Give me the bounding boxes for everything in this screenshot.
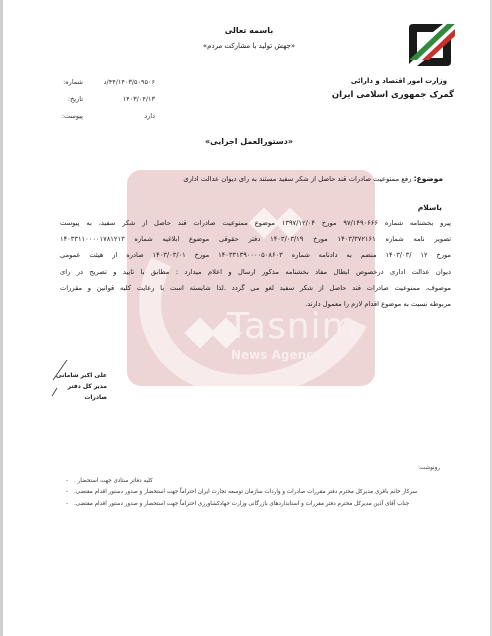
cc-item-text: کلیه دفاتر ستادی جهت استحضار .	[74, 478, 153, 484]
greeting: باسلام	[418, 203, 442, 212]
meta-label: پیوست:	[53, 112, 83, 120]
subject-label: موضوع:	[414, 174, 443, 183]
cc-item-text: سرکار خانم باقری مدیرکل محترم دفتر مقررا…	[74, 489, 417, 495]
body-line: مربوطه نسبت به موضوع اقدام لازم را معمول…	[60, 296, 451, 312]
letter-meta: شماره: ۴۴/۱۴۰۳/۵۰۹۵۰۶/د تاریخ: ۱۴۰۳/۰۴/۱…	[53, 73, 163, 124]
document-title: «دستورالعمل اجرایی»	[3, 137, 492, 146]
subject-line: موضوع: رفع ممنوعیت صادرات قند حاصل از شک…	[183, 174, 443, 183]
document-page: وزارت امور اقتصاد و دارائی گمرک جمهوری ا…	[0, 0, 492, 636]
meta-date: تاریخ: ۱۴۰۳/۰۴/۱۳	[53, 90, 163, 107]
signature-block: علی اکبر شامانی مدیر کل دفتر صادرات	[51, 370, 107, 403]
customs-name: گمرک جمهوری اسلامی ایران	[332, 90, 454, 100]
meta-value: ۱۴۰۳/۰۴/۱۳	[83, 95, 163, 103]
signatory-name: علی اکبر شامانی	[51, 370, 107, 381]
meta-value: دارد	[83, 112, 163, 120]
body-line: مورخ ۱۲ /۱۴۰۳/۰۳ منضم به دادنامه شماره ۱…	[60, 247, 451, 263]
cc-list: رونوشت: - کلیه دفاتر ستادی جهت استحضار .…	[60, 465, 440, 510]
watermark-tagline: News Agency	[231, 348, 321, 362]
body-line: تصویر نامه شماره ۱۴۰۳/۳۷۲۱۶۱ مورخ ۱۴۰۳/۰…	[60, 231, 451, 247]
body-line: دیوان عدالت اداری درخصوص ابطال مفاد بخشن…	[60, 264, 451, 280]
meta-attachment: پیوست: دارد	[53, 107, 163, 124]
body-line: موصوف، ممنوعیت صادرات قند حاصل از شکر سف…	[60, 280, 451, 296]
bullet-dash-icon: -	[60, 489, 74, 495]
slogan: «جهش تولید با مشارکت مردم»	[3, 42, 492, 50]
bullet-dash-icon: -	[60, 501, 74, 507]
cc-item: - سرکار خانم باقری مدیرکل محترم دفتر مقر…	[60, 487, 440, 499]
meta-label: تاریخ:	[53, 95, 83, 103]
cc-item-text: جناب آقای آذین مدیرکل محترم دفتر مقررات …	[74, 501, 409, 507]
bismillah-heading: باسمه تعالی	[3, 26, 492, 35]
body-paragraph: پیرو بخشنامه شماره ۹۷/۱۴۹۰۶۶۶ مورخ ۱۳۹۷/…	[60, 215, 451, 312]
cc-item: - جناب آقای آذین مدیرکل محترم دفتر مقررا…	[60, 498, 440, 510]
cc-item: - کلیه دفاتر ستادی جهت استحضار .	[60, 475, 440, 487]
meta-label: شماره:	[53, 78, 83, 86]
meta-value: ۴۴/۱۴۰۳/۵۰۹۵۰۶/د	[83, 78, 163, 86]
signatory-position: مدیر کل دفتر صادرات	[51, 381, 107, 403]
meta-number: شماره: ۴۴/۱۴۰۳/۵۰۹۵۰۶/د	[53, 73, 163, 90]
ministry-name: وزارت امور اقتصاد و دارائی	[351, 77, 447, 85]
subject-text: رفع ممنوعیت صادرات قند حاصل از شکر سفید …	[183, 175, 411, 183]
bullet-dash-icon: -	[60, 478, 74, 484]
cc-title: رونوشت:	[60, 465, 440, 471]
body-line: پیرو بخشنامه شماره ۹۷/۱۴۹۰۶۶۶ مورخ ۱۳۹۷/…	[60, 215, 451, 231]
